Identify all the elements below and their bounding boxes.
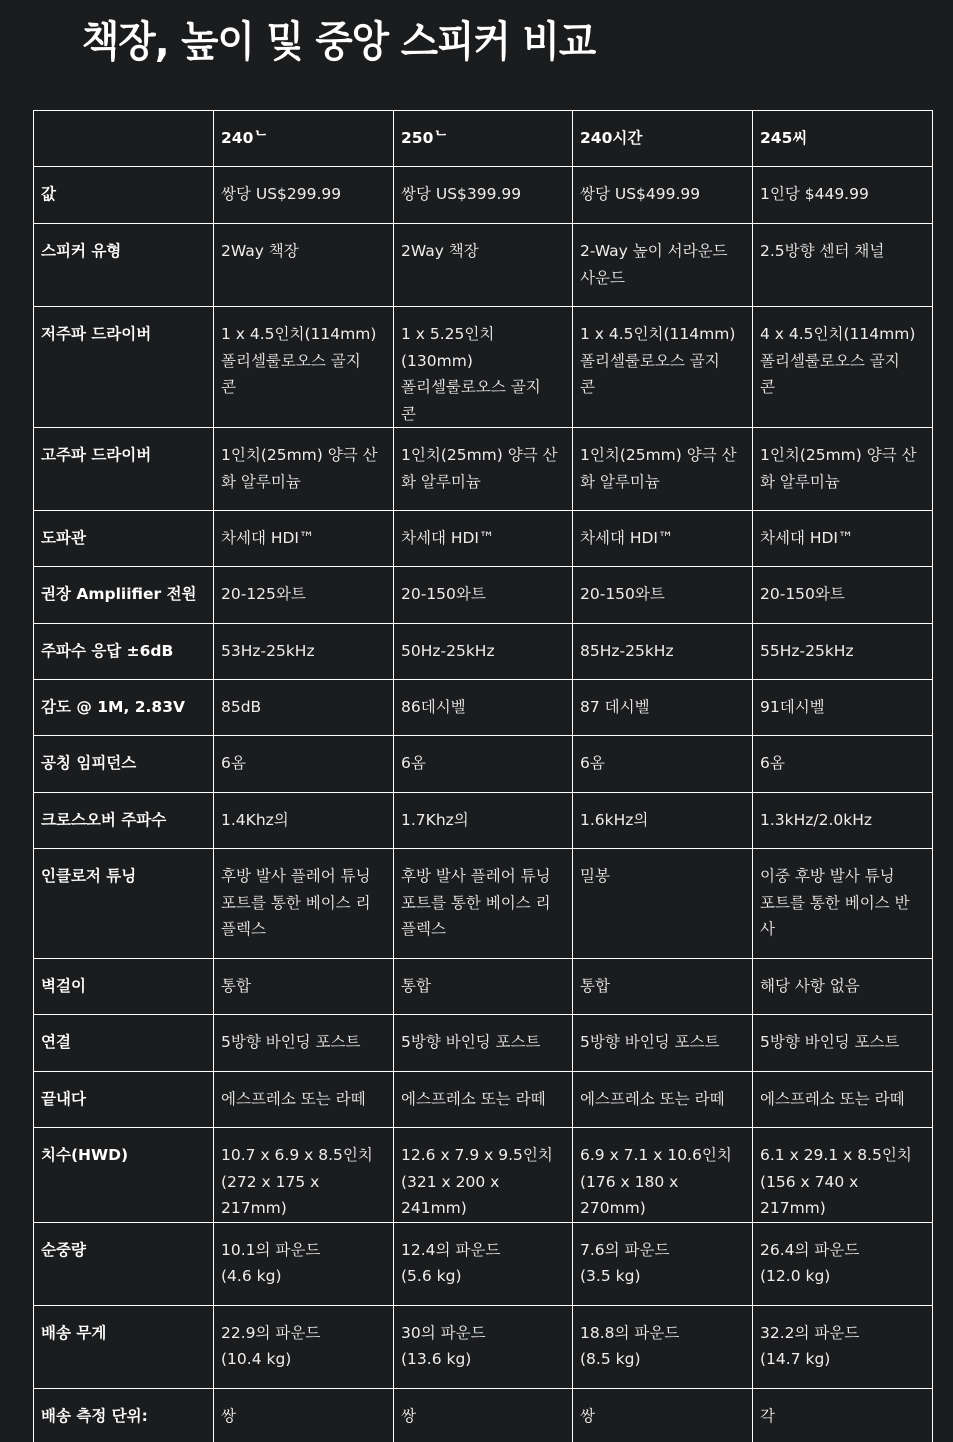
cell-text-line: 차세대 HDI™ (221, 525, 387, 552)
speaker-comparison-table: 240ᄂ 250ᄂ 240시간 245씨 값쌍당 US$299.99쌍당 US$… (33, 110, 933, 1442)
row-label: 배송 무게 (34, 1305, 214, 1388)
table-cell: 통합 (573, 959, 753, 1015)
table-cell: 차세대 HDI™ (573, 511, 753, 567)
row-label: 감도 @ 1M, 2.83V (34, 680, 214, 736)
table-cell: 1.7Khz의 (394, 793, 573, 849)
table-row: 치수(HWD)10.7 x 6.9 x 8.5인치(272 x 175 x 21… (34, 1128, 933, 1223)
table-cell: 통합 (394, 959, 573, 1015)
table-cell: 1.3kHz/2.0kHz (753, 793, 933, 849)
row-label: 주파수 응답 ±6dB (34, 624, 214, 680)
table-row: 값쌍당 US$299.99쌍당 US$399.99쌍당 US$499.991인당… (34, 167, 933, 224)
cell-text-line: 85Hz-25kHz (580, 638, 746, 665)
cell-text-line: (3.5 kg) (580, 1263, 746, 1290)
cell-text-line: 1.3kHz/2.0kHz (760, 807, 926, 834)
cell-text-line: 6옴 (580, 750, 746, 777)
table-cell: 에스프레소 또는 라떼 (214, 1072, 394, 1128)
cell-text-line: 이중 후방 발사 튜닝 (760, 863, 926, 890)
cell-text-line: 콘 (221, 374, 387, 401)
table-row: 벽걸이통합통합통합해당 사항 없음 (34, 959, 933, 1015)
cell-text-line: 사 (760, 916, 926, 943)
cell-text-line: (14.7 kg) (760, 1346, 926, 1373)
table-cell: 1 x 5.25인치(130mm)폴리셀룰로오스 골지콘 (394, 307, 573, 428)
header-cell-empty (34, 111, 214, 167)
row-label: 값 (34, 167, 214, 224)
table-row: 크로스오버 주파수1.4Khz의1.7Khz의1.6kHz의1.3kHz/2.0… (34, 793, 933, 849)
table-cell: 에스프레소 또는 라떼 (394, 1072, 573, 1128)
row-label: 스피커 유형 (34, 224, 214, 307)
cell-text-line: 화 알루미늄 (760, 469, 926, 496)
table-row: 권장 Ampliifier 전원20-125와트20-150와트20-150와트… (34, 567, 933, 624)
table-cell: 에스프레소 또는 라떼 (573, 1072, 753, 1128)
cell-text-line: 10.7 x 6.9 x 8.5인치 (221, 1142, 387, 1169)
table-cell: 2Way 책장 (214, 224, 394, 307)
cell-text-line: 화 알루미늄 (580, 469, 746, 496)
cell-text-line: 6옴 (760, 750, 926, 777)
cell-text-line: 6.1 x 29.1 x 8.5인치 (760, 1142, 926, 1169)
table-row: 감도 @ 1M, 2.83V85dB86데시벨87 데시벨91데시벨 (34, 680, 933, 736)
table-cell: 쌍당 US$399.99 (394, 167, 573, 224)
cell-text-line: 22.9의 파운드 (221, 1320, 387, 1347)
table-cell: 85Hz-25kHz (573, 624, 753, 680)
table-cell: 7.6의 파운드(3.5 kg) (573, 1222, 753, 1305)
table-cell: 53Hz-25kHz (214, 624, 394, 680)
row-label: 벽걸이 (34, 959, 214, 1015)
cell-text-line: 콘 (401, 401, 566, 428)
cell-text-line: 쌍 (221, 1403, 387, 1430)
table-cell: 5방향 바인딩 포스트 (753, 1015, 933, 1072)
table-cell: 6.1 x 29.1 x 8.5인치(156 x 740 x 217mm) (753, 1128, 933, 1223)
table-cell: 10.7 x 6.9 x 8.5인치(272 x 175 x 217mm) (214, 1128, 394, 1223)
table-cell: 12.4의 파운드(5.6 kg) (394, 1222, 573, 1305)
cell-text-line: 포트를 통한 베이스 반 (760, 890, 926, 917)
header-cell-model-240h: 240시간 (573, 111, 753, 167)
cell-text-line: 쌍 (401, 1403, 566, 1430)
table-cell: 20-150와트 (573, 567, 753, 624)
row-label: 순중량 (34, 1222, 214, 1305)
cell-text-line: 에스프레소 또는 라떼 (760, 1086, 926, 1113)
cell-text-line: 1인치(25mm) 양극 산 (221, 442, 387, 469)
row-label: 배송 측정 단위: (34, 1388, 214, 1442)
cell-text-line: 1 x 4.5인치(114mm) (221, 321, 387, 348)
cell-text-line: 쌍당 US$499.99 (580, 181, 746, 208)
cell-text-line: 91데시벨 (760, 694, 926, 721)
cell-text-line: 30의 파운드 (401, 1320, 566, 1347)
cell-text-line: 포트를 통한 베이스 리 (221, 890, 387, 917)
table-cell: 50Hz-25kHz (394, 624, 573, 680)
table-cell: 91데시벨 (753, 680, 933, 736)
cell-text-line: 각 (760, 1403, 926, 1430)
cell-text-line: 밀봉 (580, 863, 746, 890)
table-row: 끝내다에스프레소 또는 라떼에스프레소 또는 라떼에스프레소 또는 라떼에스프레… (34, 1072, 933, 1128)
cell-text-line: 콘 (760, 374, 926, 401)
cell-text-line: 1인치(25mm) 양극 산 (580, 442, 746, 469)
table-cell: 5방향 바인딩 포스트 (573, 1015, 753, 1072)
table-cell: 쌍 (394, 1388, 573, 1442)
table-row: 인클로저 튜닝후방 발사 플레어 튜닝포트를 통한 베이스 리플렉스후방 발사 … (34, 849, 933, 959)
table-cell: 6옴 (753, 736, 933, 793)
cell-text-line: (8.5 kg) (580, 1346, 746, 1373)
table-cell: 20-150와트 (753, 567, 933, 624)
cell-text-line: 플렉스 (401, 916, 566, 943)
cell-text-line: 화 알루미늄 (221, 469, 387, 496)
cell-text-line: 12.6 x 7.9 x 9.5인치 (401, 1142, 566, 1169)
table-cell: 18.8의 파운드(8.5 kg) (573, 1305, 753, 1388)
cell-text-line: 53Hz-25kHz (221, 638, 387, 665)
table-cell: 5방향 바인딩 포스트 (214, 1015, 394, 1072)
cell-text-line: 20-150와트 (760, 581, 926, 608)
cell-text-line: 통합 (580, 973, 746, 1000)
table-cell: 에스프레소 또는 라떼 (753, 1072, 933, 1128)
cell-text-line: 플렉스 (221, 916, 387, 943)
header-cell-model-250: 250ᄂ (394, 111, 573, 167)
cell-text-line: 18.8의 파운드 (580, 1320, 746, 1347)
row-label: 공칭 임피던스 (34, 736, 214, 793)
page-title: 책장, 높이 및 중앙 스피커 비교 (82, 12, 595, 72)
cell-text-line: 통합 (401, 973, 566, 1000)
cell-text-line: (176 x 180 x 270mm) (580, 1169, 746, 1222)
table-cell: 차세대 HDI™ (753, 511, 933, 567)
row-label: 크로스오버 주파수 (34, 793, 214, 849)
cell-text-line: 7.6의 파운드 (580, 1237, 746, 1264)
cell-text-line: 폴리셀룰로오스 골지 (401, 374, 566, 401)
table-row: 배송 측정 단위:쌍쌍쌍각 (34, 1388, 933, 1442)
table-cell: 후방 발사 플레어 튜닝포트를 통한 베이스 리플렉스 (394, 849, 573, 959)
cell-text-line: 50Hz-25kHz (401, 638, 566, 665)
table-cell: 쌍당 US$499.99 (573, 167, 753, 224)
cell-text-line: 20-150와트 (401, 581, 566, 608)
cell-text-line: 20-150와트 (580, 581, 746, 608)
table-cell: 1 x 4.5인치(114mm)폴리셀룰로오스 골지콘 (573, 307, 753, 428)
cell-text-line: 1인당 $449.99 (760, 181, 926, 208)
table-cell: 1인당 $449.99 (753, 167, 933, 224)
cell-text-line: 에스프레소 또는 라떼 (221, 1086, 387, 1113)
table-row: 배송 무게22.9의 파운드(10.4 kg)30의 파운드(13.6 kg)1… (34, 1305, 933, 1388)
table-row: 스피커 유형2Way 책장2Way 책장2-Way 높이 서라운드사운드2.5방… (34, 224, 933, 307)
cell-text-line: 1.7Khz의 (401, 807, 566, 834)
table-cell: 5방향 바인딩 포스트 (394, 1015, 573, 1072)
row-label: 연결 (34, 1015, 214, 1072)
cell-text-line: 2Way 책장 (221, 238, 387, 265)
table-cell: 1인치(25mm) 양극 산화 알루미늄 (214, 428, 394, 511)
cell-text-line: 폴리셀룰로오스 골지 (221, 348, 387, 375)
row-label: 끝내다 (34, 1072, 214, 1128)
table-cell: 1인치(25mm) 양극 산화 알루미늄 (573, 428, 753, 511)
cell-text-line: 12.4의 파운드 (401, 1237, 566, 1264)
cell-text-line: 쌍 (580, 1403, 746, 1430)
cell-text-line: 1 x 5.25인치(130mm) (401, 321, 566, 374)
table-cell: 1인치(25mm) 양극 산화 알루미늄 (753, 428, 933, 511)
table-cell: 이중 후방 발사 튜닝포트를 통한 베이스 반사 (753, 849, 933, 959)
cell-text-line: (10.4 kg) (221, 1346, 387, 1373)
cell-text-line: 차세대 HDI™ (760, 525, 926, 552)
row-label: 고주파 드라이버 (34, 428, 214, 511)
table-cell: 해당 사항 없음 (753, 959, 933, 1015)
table-cell: 통합 (214, 959, 394, 1015)
table-row: 도파관차세대 HDI™차세대 HDI™차세대 HDI™차세대 HDI™ (34, 511, 933, 567)
cell-text-line: (156 x 740 x 217mm) (760, 1169, 926, 1222)
table-cell: 55Hz-25kHz (753, 624, 933, 680)
cell-text-line: (4.6 kg) (221, 1263, 387, 1290)
cell-text-line: 5방향 바인딩 포스트 (760, 1029, 926, 1056)
table-cell: 6옴 (394, 736, 573, 793)
table-cell: 4 x 4.5인치(114mm)폴리셀룰로오스 골지콘 (753, 307, 933, 428)
table-cell: 1인치(25mm) 양극 산화 알루미늄 (394, 428, 573, 511)
table-header-row: 240ᄂ 250ᄂ 240시간 245씨 (34, 111, 933, 167)
cell-text-line: 5방향 바인딩 포스트 (580, 1029, 746, 1056)
cell-text-line: 2Way 책장 (401, 238, 566, 265)
table-cell: 각 (753, 1388, 933, 1442)
header-cell-model-240: 240ᄂ (214, 111, 394, 167)
cell-text-line: 2.5방향 센터 채널 (760, 238, 926, 265)
table-cell: 22.9의 파운드(10.4 kg) (214, 1305, 394, 1388)
cell-text-line: (13.6 kg) (401, 1346, 566, 1373)
table-cell: 차세대 HDI™ (214, 511, 394, 567)
cell-text-line: 6옴 (401, 750, 566, 777)
cell-text-line: 콘 (580, 374, 746, 401)
cell-text-line: 차세대 HDI™ (580, 525, 746, 552)
table-cell: 20-125와트 (214, 567, 394, 624)
table-cell: 85dB (214, 680, 394, 736)
table-cell: 32.2의 파운드(14.7 kg) (753, 1305, 933, 1388)
table-cell: 12.6 x 7.9 x 9.5인치(321 x 200 x 241mm) (394, 1128, 573, 1223)
cell-text-line: 10.1의 파운드 (221, 1237, 387, 1264)
cell-text-line: 화 알루미늄 (401, 469, 566, 496)
cell-text-line: 20-125와트 (221, 581, 387, 608)
cell-text-line: 86데시벨 (401, 694, 566, 721)
cell-text-line: 4 x 4.5인치(114mm) (760, 321, 926, 348)
cell-text-line: 에스프레소 또는 라떼 (401, 1086, 566, 1113)
table-cell: 밀봉 (573, 849, 753, 959)
cell-text-line: 32.2의 파운드 (760, 1320, 926, 1347)
table-row: 주파수 응답 ±6dB53Hz-25kHz50Hz-25kHz85Hz-25kH… (34, 624, 933, 680)
table-row: 순중량10.1의 파운드(4.6 kg)12.4의 파운드(5.6 kg)7.6… (34, 1222, 933, 1305)
cell-text-line: (272 x 175 x 217mm) (221, 1169, 387, 1222)
table-cell: 2Way 책장 (394, 224, 573, 307)
table-row: 연결5방향 바인딩 포스트5방향 바인딩 포스트5방향 바인딩 포스트5방향 바… (34, 1015, 933, 1072)
cell-text-line: 5방향 바인딩 포스트 (401, 1029, 566, 1056)
row-label: 도파관 (34, 511, 214, 567)
table-body: 값쌍당 US$299.99쌍당 US$399.99쌍당 US$499.991인당… (34, 167, 933, 1442)
cell-text-line: 통합 (221, 973, 387, 1000)
table-cell: 10.1의 파운드(4.6 kg) (214, 1222, 394, 1305)
table-cell: 후방 발사 플레어 튜닝포트를 통한 베이스 리플렉스 (214, 849, 394, 959)
cell-text-line: 6옴 (221, 750, 387, 777)
cell-text-line: 쌍당 US$299.99 (221, 181, 387, 208)
table-cell: 2-Way 높이 서라운드사운드 (573, 224, 753, 307)
cell-text-line: 1인치(25mm) 양극 산 (401, 442, 566, 469)
table-cell: 20-150와트 (394, 567, 573, 624)
table-row: 고주파 드라이버1인치(25mm) 양극 산화 알루미늄1인치(25mm) 양극… (34, 428, 933, 511)
cell-text-line: 85dB (221, 694, 387, 721)
cell-text-line: (12.0 kg) (760, 1263, 926, 1290)
table-cell: 86데시벨 (394, 680, 573, 736)
cell-text-line: 사운드 (580, 265, 746, 292)
cell-text-line: (5.6 kg) (401, 1263, 566, 1290)
cell-text-line: 차세대 HDI™ (401, 525, 566, 552)
row-label: 인클로저 튜닝 (34, 849, 214, 959)
table-row: 저주파 드라이버1 x 4.5인치(114mm)폴리셀룰로오스 골지콘1 x 5… (34, 307, 933, 428)
row-label: 권장 Ampliifier 전원 (34, 567, 214, 624)
header-cell-model-245c: 245씨 (753, 111, 933, 167)
cell-text-line: 6.9 x 7.1 x 10.6인치 (580, 1142, 746, 1169)
cell-text-line: 쌍당 US$399.99 (401, 181, 566, 208)
cell-text-line: 후방 발사 플레어 튜닝 (401, 863, 566, 890)
table-cell: 2.5방향 센터 채널 (753, 224, 933, 307)
cell-text-line: 폴리셀룰로오스 골지 (760, 348, 926, 375)
cell-text-line: 2-Way 높이 서라운드 (580, 238, 746, 265)
cell-text-line: 1.4Khz의 (221, 807, 387, 834)
cell-text-line: 26.4의 파운드 (760, 1237, 926, 1264)
table-cell: 차세대 HDI™ (394, 511, 573, 567)
table-cell: 1.4Khz의 (214, 793, 394, 849)
row-label: 치수(HWD) (34, 1128, 214, 1223)
table-cell: 30의 파운드(13.6 kg) (394, 1305, 573, 1388)
cell-text-line: 55Hz-25kHz (760, 638, 926, 665)
cell-text-line: 해당 사항 없음 (760, 973, 926, 1000)
cell-text-line: 5방향 바인딩 포스트 (221, 1029, 387, 1056)
table-cell: 26.4의 파운드(12.0 kg) (753, 1222, 933, 1305)
cell-text-line: 후방 발사 플레어 튜닝 (221, 863, 387, 890)
table-cell: 쌍당 US$299.99 (214, 167, 394, 224)
table-cell: 1 x 4.5인치(114mm)폴리셀룰로오스 골지콘 (214, 307, 394, 428)
cell-text-line: 87 데시벨 (580, 694, 746, 721)
cell-text-line: 1인치(25mm) 양극 산 (760, 442, 926, 469)
cell-text-line: 에스프레소 또는 라떼 (580, 1086, 746, 1113)
cell-text-line: 폴리셀룰로오스 골지 (580, 348, 746, 375)
table-cell: 1.6kHz의 (573, 793, 753, 849)
table-row: 공칭 임피던스6옴6옴6옴6옴 (34, 736, 933, 793)
table-cell: 87 데시벨 (573, 680, 753, 736)
row-label: 저주파 드라이버 (34, 307, 214, 428)
cell-text-line: 1.6kHz의 (580, 807, 746, 834)
table-cell: 6옴 (573, 736, 753, 793)
cell-text-line: (321 x 200 x 241mm) (401, 1169, 566, 1222)
cell-text-line: 1 x 4.5인치(114mm) (580, 321, 746, 348)
table-cell: 6.9 x 7.1 x 10.6인치(176 x 180 x 270mm) (573, 1128, 753, 1223)
table-cell: 6옴 (214, 736, 394, 793)
table-cell: 쌍 (214, 1388, 394, 1442)
table-cell: 쌍 (573, 1388, 753, 1442)
cell-text-line: 포트를 통한 베이스 리 (401, 890, 566, 917)
